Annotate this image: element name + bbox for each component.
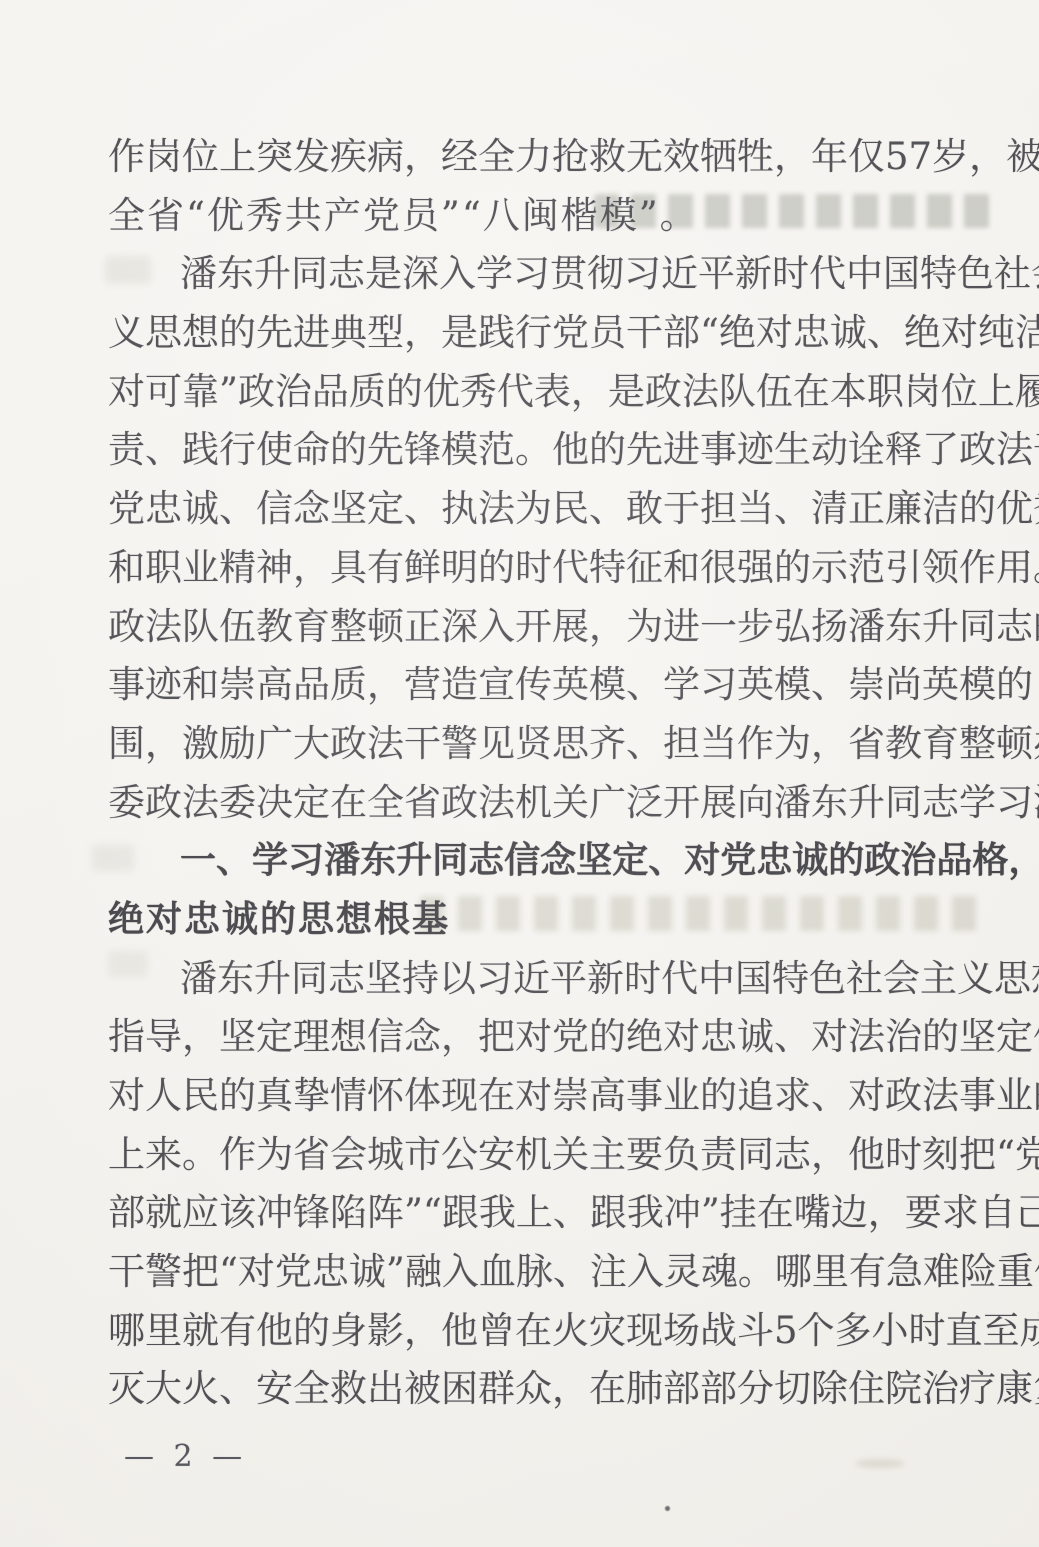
body-line: 潘东升同志是深入学习贯彻习近平新时代中国特色社会主 [108,245,964,304]
body-line: 义思想的先进典型，是践行党员干部“绝对忠诚、绝对纯洁、绝 [108,304,964,363]
body-line: 作岗位上突发疾病，经全力抢救无效牺牲，年仅 57 岁，被追授为 [108,128,964,187]
body-line: 政法队伍教育整顿正深入开展，为进一步弘扬潘东升同志的感人 [108,598,964,657]
body-line: 围，激励广大政法干警见贤思齐、担当作为，省教育整顿办、省 [108,715,964,774]
section-heading-line: 绝对忠诚的思想根基 [108,891,964,950]
page-number: — 2 — [124,1437,247,1477]
body-line: 党忠诚、信念坚定、执法为民、敢于担当、清正廉洁的优秀品质 [108,480,964,539]
body-line: 干警把“对党忠诚”融入血脉、注入灵魂。哪里有急难险重任务， [108,1243,964,1302]
body-line: 指导，坚定理想信念，把对党的绝对忠诚、对法治的坚定信仰、 [108,1008,964,1067]
body-line: 事迹和崇高品质，营造宣传英模、学习英模、崇尚英模的良好氛 [108,656,964,715]
body-line: 哪里就有他的身影，他曾在火灾现场战斗 5 个多小时直至成功扑 [108,1302,964,1361]
body-line: 和职业精神，具有鲜明的时代特征和很强的示范引领作用。当前， [108,539,964,598]
body-line: 委政法委决定在全省政法机关广泛开展向潘东升同志学习活动。 [108,774,964,833]
body-line: 责、践行使命的先锋模范。他的先进事迹生动诠释了政法干警对 [108,421,964,480]
body-line: 潘东升同志坚持以习近平新时代中国特色社会主义思想为 [108,950,964,1009]
scan-speck-dot [665,1506,670,1511]
body-line: 全省“优秀共产党员”“八闽楷模”。 [108,187,964,246]
body-line: 灭大火、安全救出被困群众，在肺部部分切除住院治疗康复间隙 [108,1360,964,1419]
body-line: 对人民的真挚情怀体现在对崇高事业的追求、对政法事业的奉献 [108,1067,964,1126]
scan-speck-smudge [855,1459,905,1468]
body-line: 部就应该冲锋陷阵”“跟我上、跟我冲”挂在嘴边，要求自己和 [108,1184,964,1243]
body-line: 上来。作为省会城市公安机关主要负责同志，他时刻把“党员干 [108,1126,964,1185]
document-body: 作岗位上突发疾病，经全力抢救无效牺牲，年仅 57 岁，被追授为 全省“优秀共产党… [108,128,964,1419]
scanned-page: 作岗位上突发疾病，经全力抢救无效牺牲，年仅 57 岁，被追授为 全省“优秀共产党… [0,0,1039,1547]
body-line: 对可靠”政治品质的优秀代表，是政法队伍在本职岗位上履职尽 [108,363,964,422]
section-heading-line: 一、学习潘东升同志信念坚定、对党忠诚的政治品格，夯实 [108,832,964,891]
